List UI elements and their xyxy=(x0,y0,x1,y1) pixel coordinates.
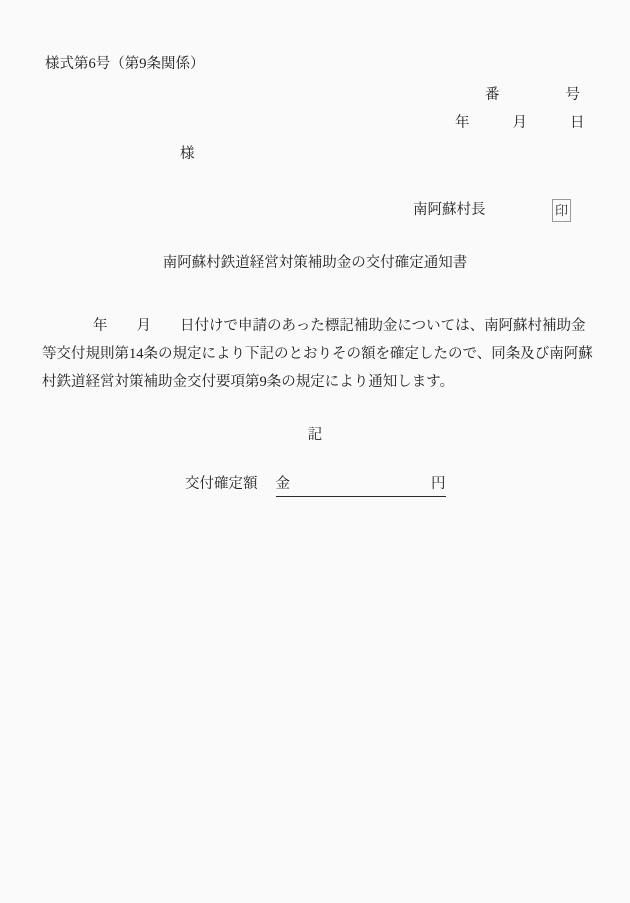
amount-label: 交付確定額 xyxy=(185,474,258,494)
date-year-label: 年 xyxy=(455,113,470,133)
amount-row: 交付確定額 金 円 xyxy=(185,474,446,497)
body-paragraph: 年 月 日付けで申請のあった標記補助金については、南阿蘇村補助金 等交付規則第1… xyxy=(42,312,594,396)
document-title: 南阿蘇村鉄道経営対策補助金の交付確定通知書 xyxy=(0,253,630,273)
amount-currency-suffix: 円 xyxy=(431,474,446,494)
doc-number-label-gou: 号 xyxy=(566,85,581,105)
section-marker-ki: 記 xyxy=(0,425,630,445)
document-page: 様式第6号（第9条関係） 番 号 年 月 日 様 南阿蘇村長 印 南阿蘇村鉄道経… xyxy=(0,0,630,903)
body-line-3: 村鉄道経営対策補助金交付要項第9条の規定により通知します。 xyxy=(42,368,594,396)
amount-blank-field: 金 円 xyxy=(276,474,446,497)
addressee-suffix: 様 xyxy=(180,144,195,164)
doc-number-label-ban: 番 xyxy=(485,85,500,105)
date-day-label: 日 xyxy=(570,113,585,133)
seal-placeholder-box: 印 xyxy=(552,199,571,222)
form-number-label: 様式第6号（第9条関係） xyxy=(45,54,205,74)
doc-number-line: 番 号 xyxy=(485,85,580,105)
sender-title: 南阿蘇村長 xyxy=(413,200,486,220)
date-month-label: 月 xyxy=(513,113,528,133)
body-line-1: 年 月 日付けで申請のあった標記補助金については、南阿蘇村補助金 xyxy=(42,312,594,340)
body-line-2: 等交付規則第14条の規定により下記のとおりその額を確定したので、同条及び南阿蘇 xyxy=(42,340,594,368)
date-line: 年 月 日 xyxy=(455,113,585,133)
amount-currency-prefix: 金 xyxy=(276,474,291,494)
